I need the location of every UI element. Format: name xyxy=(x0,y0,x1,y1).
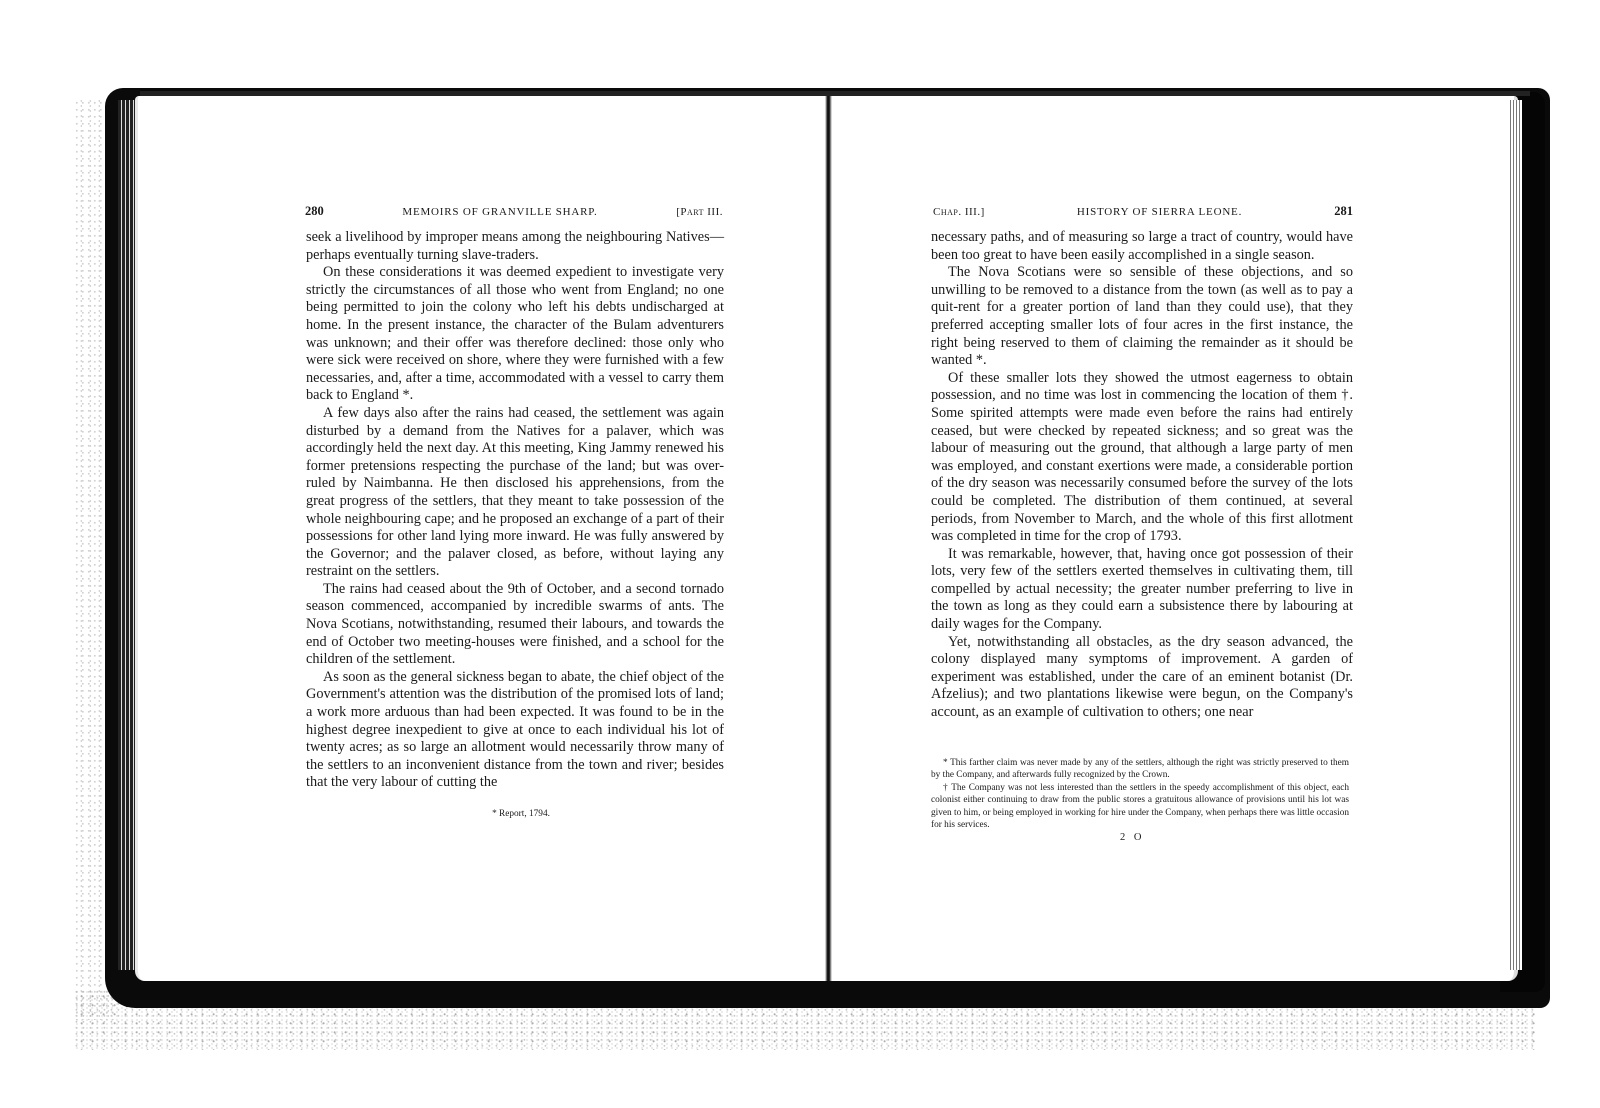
right-running-head: Chap. III.] HISTORY OF SIERRA LEONE. 281 xyxy=(933,204,1353,219)
paragraph: Yet, notwithstanding all obstacles, as t… xyxy=(931,634,1353,722)
left-running-head: 280 MEMOIRS OF GRANVILLE SHARP. [Part II… xyxy=(305,204,723,219)
right-body-text: necessary paths, and of measuring so lar… xyxy=(931,229,1353,722)
footnote: † The Company was not less interested th… xyxy=(931,782,1349,832)
right-folio: 281 xyxy=(1334,204,1353,219)
paragraph: seek a livelihood by improper means amon… xyxy=(306,229,724,264)
signature-mark: 2 O xyxy=(1120,832,1144,843)
left-folio: 280 xyxy=(305,204,324,219)
left-running-title: MEMOIRS OF GRANVILLE SHARP. xyxy=(402,206,597,218)
paragraph: A few days also after the rains had ceas… xyxy=(306,405,724,581)
paragraph: On these considerations it was deemed ex… xyxy=(306,264,724,405)
paragraph: As soon as the general sickness began to… xyxy=(306,669,724,792)
paragraph: It was remarkable, however, that, having… xyxy=(931,546,1353,634)
paragraph: The rains had ceased about the 9th of Oc… xyxy=(306,581,724,669)
footnote: * This farther claim was never made by a… xyxy=(931,757,1349,782)
right-footnotes: * This farther claim was never made by a… xyxy=(931,757,1349,831)
paragraph: necessary paths, and of measuring so lar… xyxy=(931,229,1353,264)
page-stack-right xyxy=(1508,100,1522,970)
footnote: * Report, 1794. xyxy=(306,808,724,820)
right-chapter-label: Chap. III.] xyxy=(933,206,985,218)
paragraph: The Nova Scotians were so sensible of th… xyxy=(931,264,1353,370)
book-gutter xyxy=(825,96,832,981)
paragraph: Of these smaller lots they showed the ut… xyxy=(931,370,1353,546)
left-footnotes: * Report, 1794. xyxy=(306,808,724,820)
right-running-title: HISTORY OF SIERRA LEONE. xyxy=(1077,206,1242,218)
left-body-text: seek a livelihood by improper means amon… xyxy=(306,229,724,792)
left-part-label: [Part III. xyxy=(676,206,723,218)
page-stack-left xyxy=(118,100,136,970)
